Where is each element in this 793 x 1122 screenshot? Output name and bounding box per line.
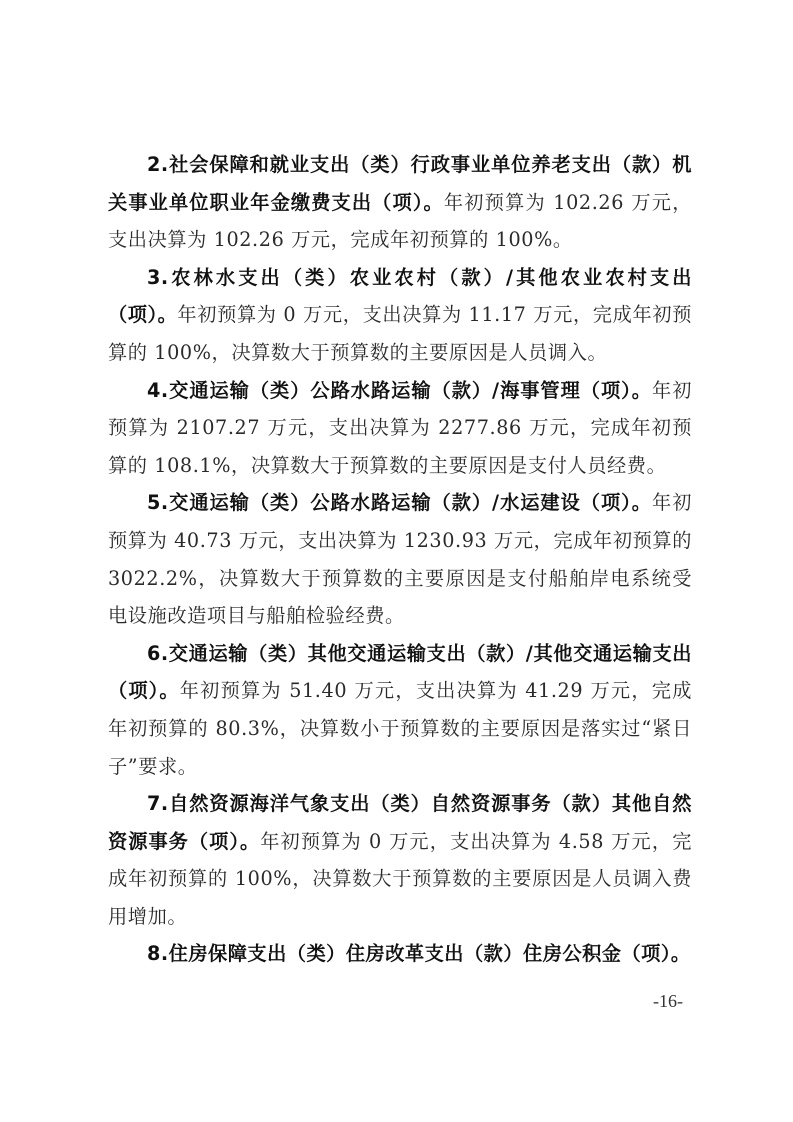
item-text: 年初预算为 0 万元，支出决算为 11.17 万元，完成年初预算的 100%，决… [108,303,692,364]
document-page: 2.社会保障和就业支出（类）行政事业单位养老支出（款）机关事业单位职业年金缴费支… [0,0,793,1122]
paragraph-item-2: 2.社会保障和就业支出（类）行政事业单位养老支出（款）机关事业单位职业年金缴费支… [108,146,692,259]
item-heading: 5.交通运输（类）公路水路运输（款）/水运建设（项）。 [147,491,652,514]
document-body: 2.社会保障和就业支出（类）行政事业单位养老支出（款）机关事业单位职业年金缴费支… [108,146,692,973]
paragraph-item-8: 8.住房保障支出（类）住房改革支出（款）住房公积金（项）。 [108,935,692,973]
paragraph-item-5: 5.交通运输（类）公路水路运输（款）/水运建设（项）。年初预算为 40.73 万… [108,484,692,634]
item-text: 年初预算为 51.40 万元，支出决算为 41.29 万元，完成年初预算的 80… [108,679,692,777]
paragraph-item-6: 6.交通运输（类）其他交通运输支出（款）/其他交通运输支出（项）。年初预算为 5… [108,635,692,785]
paragraph-item-4: 4.交通运输（类）公路水路运输（款）/海事管理（项）。年初预算为 2107.27… [108,372,692,485]
item-heading: 8.住房保障支出（类）住房改革支出（款）住房公积金（项）。 [147,942,691,965]
paragraph-item-3: 3.农林水支出（类）农业农村（款）/其他农业农村支出（项）。年初预算为 0 万元… [108,259,692,372]
page-number: -16- [653,991,683,1012]
paragraph-item-7: 7.自然资源海洋气象支出（类）自然资源事务（款）其他自然资源事务（项）。年初预算… [108,785,692,935]
item-heading: 4.交通运输（类）公路水路运输（款）/海事管理（项）。 [147,379,652,402]
